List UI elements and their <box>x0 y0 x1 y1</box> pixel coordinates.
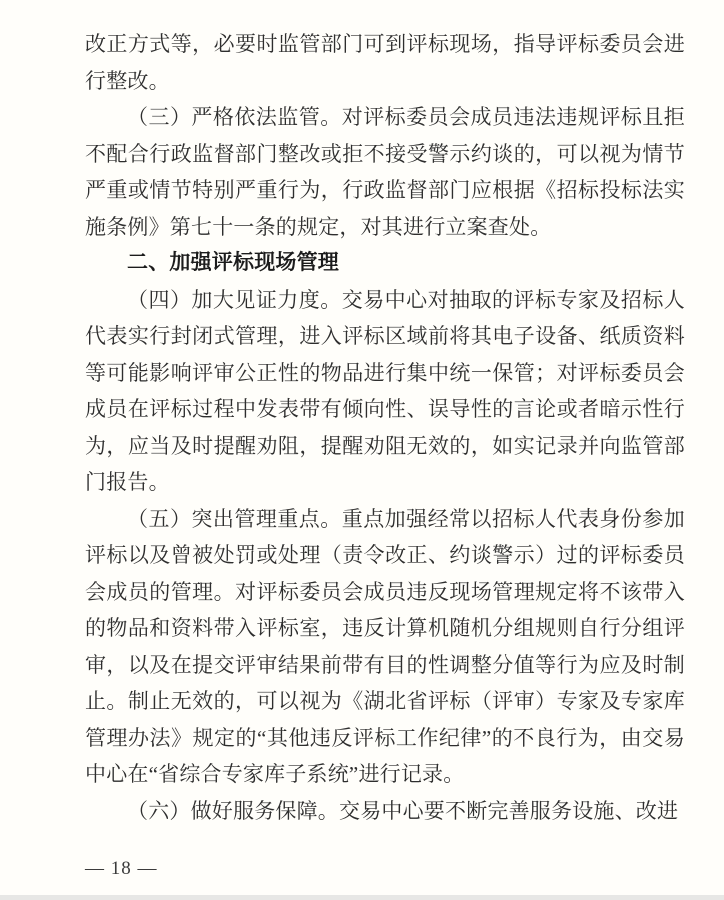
page-number: — 18 — <box>85 857 685 881</box>
document-page: 改正方式等，必要时监管部门可到评标现场，指导评标委员会进行整改。 （三）严格依法… <box>0 0 724 900</box>
section-heading: 二、加强评标现场管理 <box>85 245 685 282</box>
scan-bottom-edge <box>0 895 724 900</box>
scanned-document-page: { "page": { "number_label": "— 18 —", "c… <box>0 0 724 900</box>
paragraph-item-five: （五）突出管理重点。重点加强经常以招标人代表身份参加评标以及曾被处罚或处理（责令… <box>85 501 685 793</box>
paragraph-item-four: （四）加大见证力度。交易中心对抽取的评标专家及招标人代表实行封闭式管理，进入评标… <box>85 282 685 501</box>
paragraph-item-six: （六）做好服务保障。交易中心要不断完善服务设施、改进 <box>85 793 685 830</box>
paragraph-carryover: 改正方式等，必要时监管部门可到评标现场，指导评标委员会进行整改。 <box>85 26 685 99</box>
paragraph-item-three: （三）严格依法监管。对评标委员会成员违法违规评标且拒不配合行政监督部门整改或拒不… <box>85 99 685 245</box>
document-content: 改正方式等，必要时监管部门可到评标现场，指导评标委员会进行整改。 （三）严格依法… <box>0 0 724 881</box>
